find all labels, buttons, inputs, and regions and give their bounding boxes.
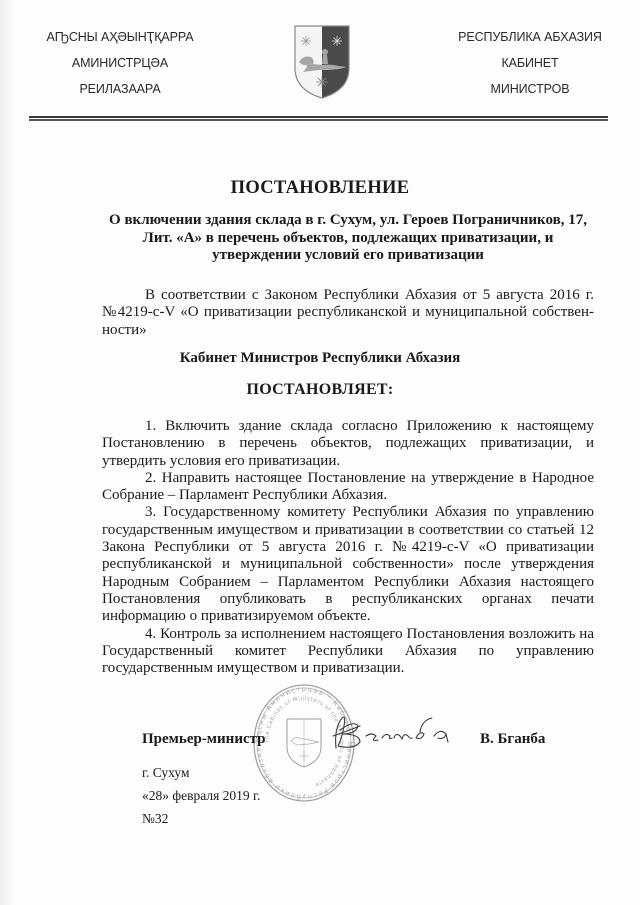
signatory-title: Премьер-министр (142, 731, 266, 748)
decree-item-3: 3. Государственному комитету Республики … (102, 504, 594, 625)
header-left-line-2: АМИНИСТРЦӘА (40, 56, 200, 82)
header-divider-bottom (29, 119, 608, 121)
decree-item-4: 4. Контроль за исполнением настоящего По… (102, 626, 594, 678)
header-right-line-1: РЕСПУБЛИКА АБХАЗИЯ (445, 30, 615, 56)
document-subject: О включении здания склада в г. Сухум, ул… (100, 212, 596, 265)
document-type-title: ПОСТАНОВЛЕНИЕ (0, 178, 640, 199)
header-left-line-1: АҦСНЫ АҲӘЫНҬҚАРРА (40, 30, 200, 56)
header-divider-top (29, 116, 608, 118)
header-right-line-2: КАБИНЕТ (445, 56, 615, 82)
document-city: г. Сухум (142, 765, 190, 781)
decree-item-1: 1. Включить здание склада согласно Прило… (102, 418, 594, 470)
issuer-heading: Кабинет Министров Республики Абхазия (0, 350, 640, 367)
decree-items: 1. Включить здание склада согласно Прило… (102, 418, 594, 677)
header-left-abkhaz: АҦСНЫ АҲӘЫНҬҚАРРА АМИНИСТРЦӘА РЕИЛАЗААРА (40, 30, 200, 108)
scan-edge-shadow (0, 0, 14, 905)
coat-of-arms-icon (293, 24, 351, 100)
preamble: В соответствии с Законом Республики Абха… (102, 287, 594, 339)
header-right-line-3: МИНИСТРОВ (445, 82, 615, 108)
header-left-line-3: РЕИЛАЗААРА (40, 82, 200, 108)
document-number: №32 (142, 811, 168, 827)
header-right-russian: РЕСПУБЛИКА АБХАЗИЯ КАБИНЕТ МИНИСТРОВ (445, 30, 615, 108)
signatory-name: В. Бганба (480, 731, 545, 748)
handwritten-signature (330, 708, 470, 753)
decree-item-2: 2. Направить настоящее Постановление на … (102, 470, 594, 505)
decrees-heading: ПОСТАНОВЛЯЕТ: (0, 381, 640, 399)
preamble-text: В соответствии с Законом Республики Абха… (102, 287, 594, 338)
document-date: «28» февраля 2019 г. (142, 788, 260, 804)
